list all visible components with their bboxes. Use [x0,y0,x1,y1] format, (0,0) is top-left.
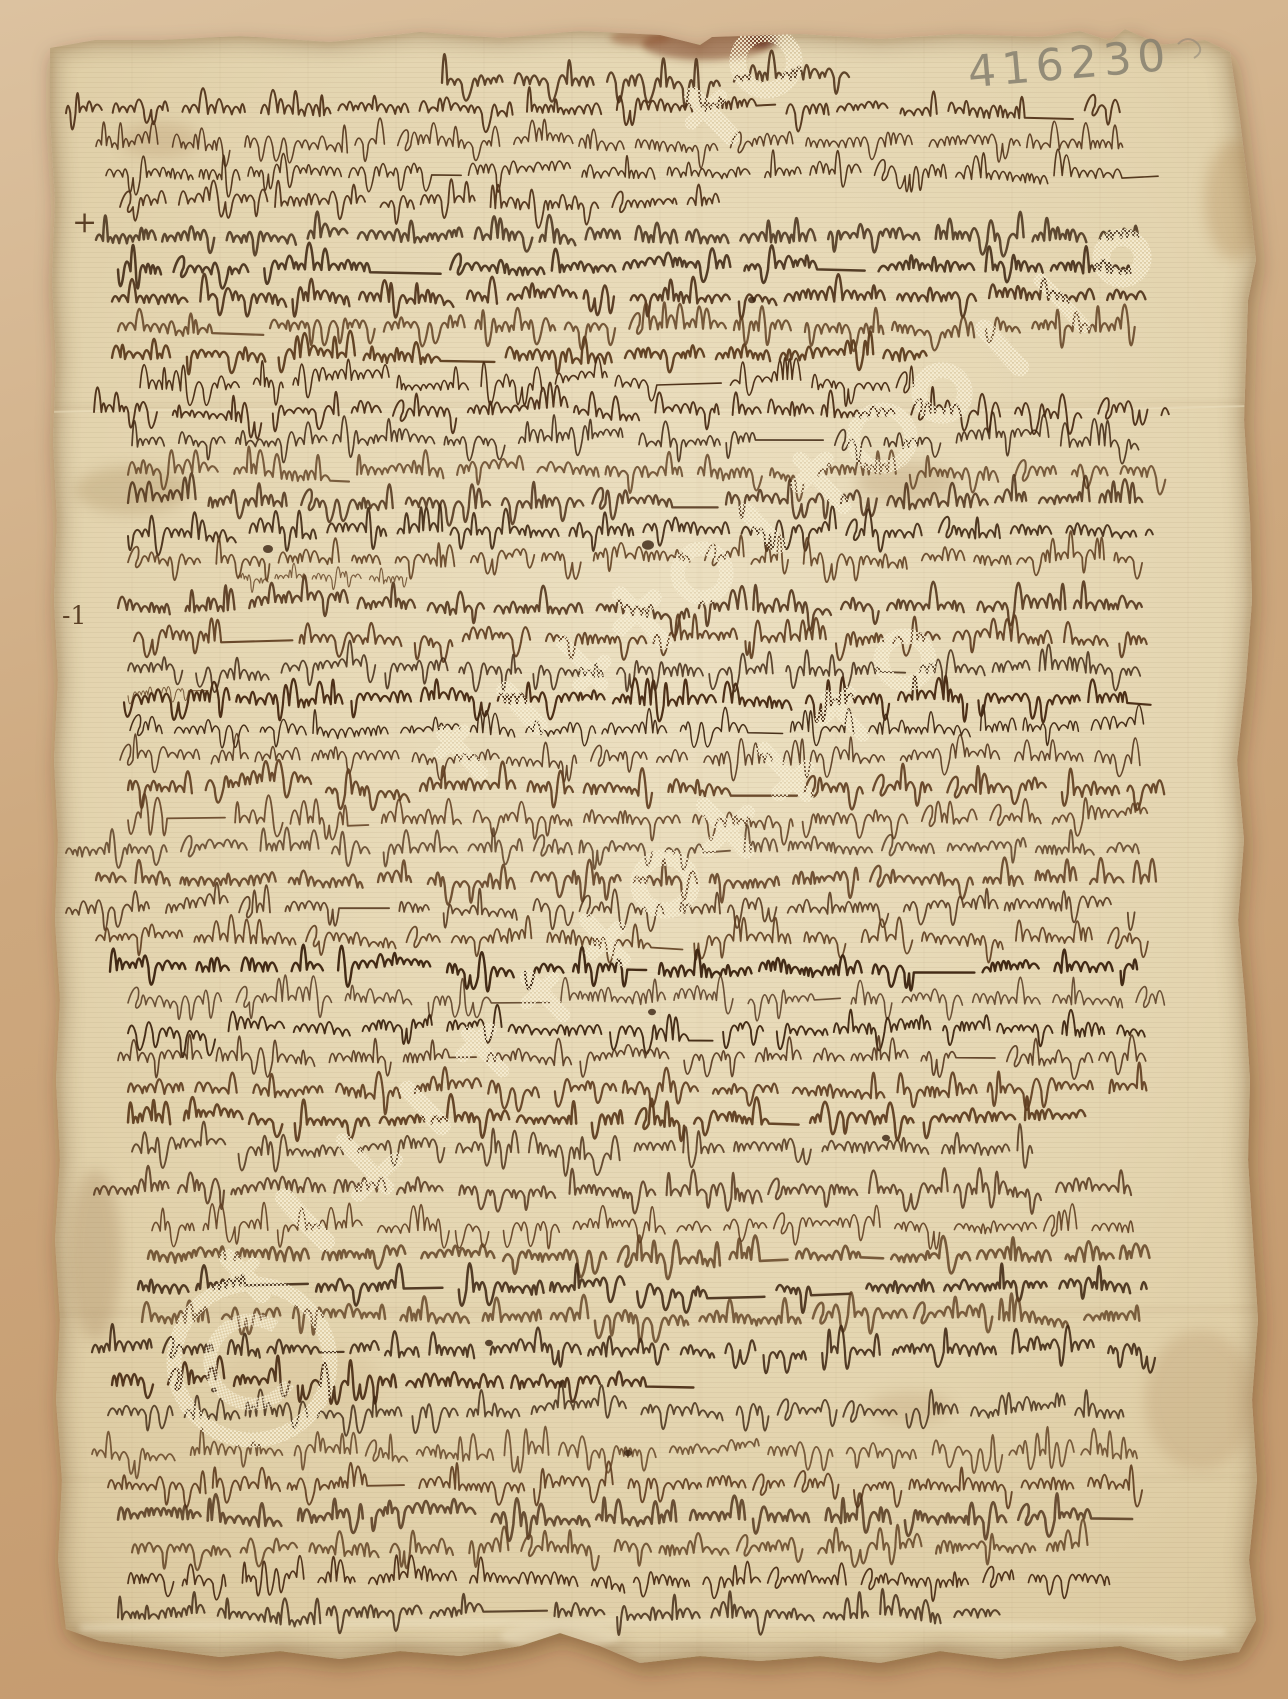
ink-blot [642,540,654,550]
ink-blot [648,1009,656,1015]
ink-blot [882,1135,890,1141]
manuscript-scan: 416230 + -1 [0,0,1288,1699]
ink-blot [485,1340,493,1346]
ink-blot [624,1450,632,1456]
margin-mark-minus-one: -1 [62,601,86,630]
ink-blot [263,545,273,553]
ink-blot [748,297,756,303]
margin-mark-plus: + [72,205,97,240]
document-scan: 416230 + -1 [0,0,1288,1699]
